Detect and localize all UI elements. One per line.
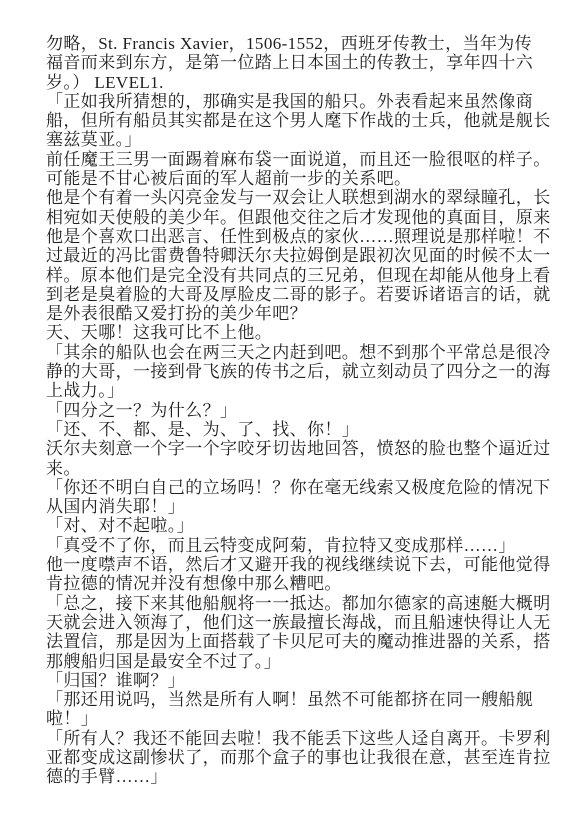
text-line: 样。原本他们是完全没有共同点的三兄弟，但现在却能从他身上看 (46, 266, 553, 285)
text-line: 「总之，接下来其他船舰将一一抵达。都加尔德家的高速艇大概明 (46, 594, 553, 613)
text-line: 啦！」 (46, 709, 553, 728)
text-line: 肯拉德的情况并没有想像中那么糟吧。 (46, 574, 553, 593)
text-block: 勿略，St. Francis Xavier，1506-1552，西班牙传教士，当… (46, 34, 553, 787)
text-line: 「所有人？我还不能回去啦！我不能丢下这些人迳自离开。卡罗利 (46, 729, 553, 748)
text-line: 静的大哥，一接到骨飞族的传书之后，就立刻动员了四分之一的海 (46, 362, 553, 381)
text-line: 相宛如天使般的美少年。但跟他交往之后才发现他的真面目，原来 (46, 208, 553, 227)
text-line: 「归国？谁啊？」 (46, 671, 553, 690)
text-line: 来。 (46, 459, 553, 478)
text-line: 过最近的冯比雷费鲁特卿沃尔夫拉姆倒是跟初次见面的时候不太一 (46, 246, 553, 265)
text-line: 勿略，St. Francis Xavier，1506-1552，西班牙传教士，当… (46, 34, 553, 53)
text-line: 上战力。」 (46, 381, 553, 400)
text-line: 从国内消失耶！」 (46, 497, 553, 516)
text-line: 天就会进入领海了，他们这一族最擅长海战，而且船速快得让人无 (46, 613, 553, 632)
text-line: 他是个有着一头闪亮金发与一双会让人联想到湖水的翠绿瞳孔，长 (46, 188, 553, 207)
text-line: 他一度噤声不语，然后才又避开我的视线继续说下去，可能他觉得 (46, 555, 553, 574)
text-line: 塞兹莫亚。」 (46, 130, 553, 149)
text-line: 沃尔夫刻意一个字一个字咬牙切齿地回答，愤怒的脸也整个逼近过 (46, 439, 553, 458)
text-line: 「真受不了你，而且云特变成阿菊，肯拉特又变成那样……」 (46, 536, 553, 555)
text-line: 前任魔王三男一面踢着麻布袋一面说道，而且还一脸很呕的样子。 (46, 150, 553, 169)
text-line: 法置信，那是因为上面搭载了卡贝尼可夫的魔动推进器的关系，搭 (46, 632, 553, 651)
text-line: 他是个喜欢口出恶言、任性到极点的家伙……照理说是那样啦！不 (46, 227, 553, 246)
text-line: 福音而来到东方，是第一位踏上日本国土的传教士，享年四十六 (46, 53, 553, 72)
text-line: 是外表很酷又爱打扮的美少年吧？ (46, 304, 553, 323)
text-line: 「那还用说吗，当然是所有人啊！虽然不可能都挤在同一艘船舰 (46, 690, 553, 709)
text-line: 那艘船归国是最安全不过了。」 (46, 652, 553, 671)
text-line: 「四分之一？为什么？」 (46, 401, 553, 420)
text-line: 岁。） LEVEL1. (46, 73, 553, 92)
text-line: 「还、不、都、是、为、了、找、你！」 (46, 420, 553, 439)
text-line: 德的手臂……」 (46, 767, 553, 786)
text-line: 「你还不明白自己的立场吗！？你在毫无线索又极度危险的情况下 (46, 478, 553, 497)
text-line: 「正如我所猜想的，那确实是我国的船只。外表看起来虽然像商 (46, 92, 553, 111)
text-line: 可能是不甘心被后面的军人超前一步的关系吧。 (46, 169, 553, 188)
text-line: 船，但所有船员其实都是在这个男人麾下作战的士兵，他就是舰长 (46, 111, 553, 130)
text-line: 「其余的船队也会在两三天之内赶到吧。想不到那个平常总是很冷 (46, 343, 553, 362)
novel-page: 勿略，St. Francis Xavier，1506-1552，西班牙传教士，当… (0, 0, 583, 828)
text-line: 到老是臭着脸的大哥及厚脸皮二哥的影子。若要诉诸语言的话，就 (46, 285, 553, 304)
text-line: 「对、对不起啦。」 (46, 516, 553, 535)
text-line: 天、天哪！这我可比不上他。 (46, 323, 553, 342)
text-line: 亚都变成这副惨状了，而那个盒子的事也让我很在意，甚至连肯拉 (46, 748, 553, 767)
